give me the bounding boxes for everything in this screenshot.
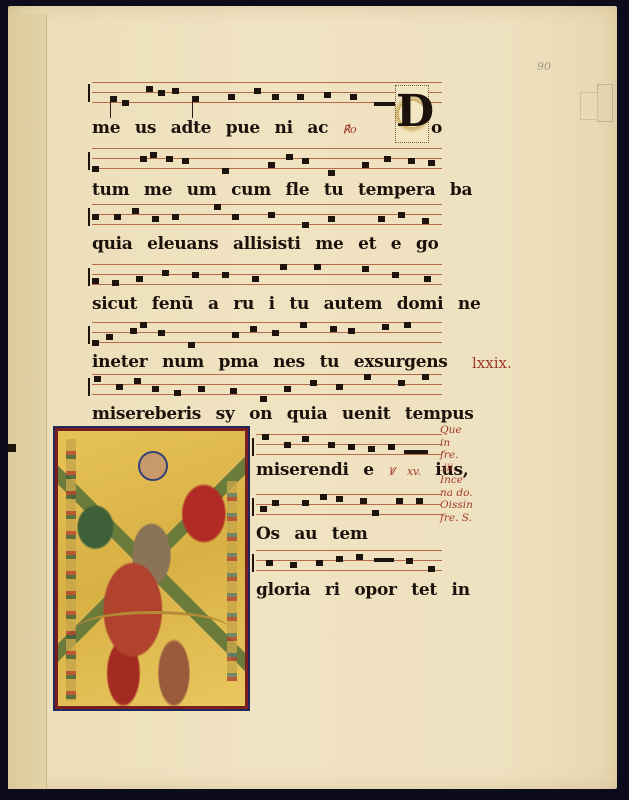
decorated-border-right: [227, 481, 237, 681]
margin-rubric-block: Que in fre. .iii. Ince na do. Oissin fre…: [440, 424, 485, 524]
lyrics-line: sicut fenū a ru i tu autem domi ne: [92, 294, 480, 314]
historiated-initial-miniature: [55, 428, 248, 709]
page-tab-shadow: [580, 92, 598, 120]
lyrics-line: gloria ri opor tet in: [256, 580, 470, 600]
lyrics-line: tum me um cum fle tu tempera ba: [92, 180, 472, 200]
c-clef-icon: [88, 84, 93, 102]
c-clef-icon: [252, 498, 257, 516]
c-clef-icon: [252, 554, 257, 572]
marginal-numeral: lxxix.: [472, 354, 512, 372]
lyrics-line: miserendi e Ꝟ xv. ius,: [256, 460, 468, 480]
rubric-verse: Ꝟ xv.: [388, 465, 420, 478]
decorated-border-left: [66, 439, 76, 701]
folio-number: 90: [537, 60, 551, 73]
lyrics-line: Os au tem: [256, 524, 368, 544]
binding-stub: [8, 14, 47, 789]
lyrics-line: ineter num pma nes tu exsurgens: [92, 352, 448, 372]
lyrics-after-initial: o: [431, 118, 442, 138]
lyrics-line: misereberis sy on quia uenit tempus: [92, 404, 474, 424]
staff: [92, 82, 442, 112]
rubric-respond: ℟o: [343, 123, 357, 136]
lyrics-line: me us adte pue ni ac ℟o: [92, 118, 356, 138]
gothic-arches: [78, 611, 228, 644]
lyrics-line: quia eleuans allisisti me et e go: [92, 234, 439, 254]
show-through-mark: [8, 444, 16, 452]
c-clef-icon: [88, 378, 93, 396]
c-clef-icon: [252, 438, 257, 456]
page-tab: [597, 84, 613, 122]
decorated-initial-d: D: [395, 85, 429, 143]
christ-halo-icon: [138, 451, 168, 481]
